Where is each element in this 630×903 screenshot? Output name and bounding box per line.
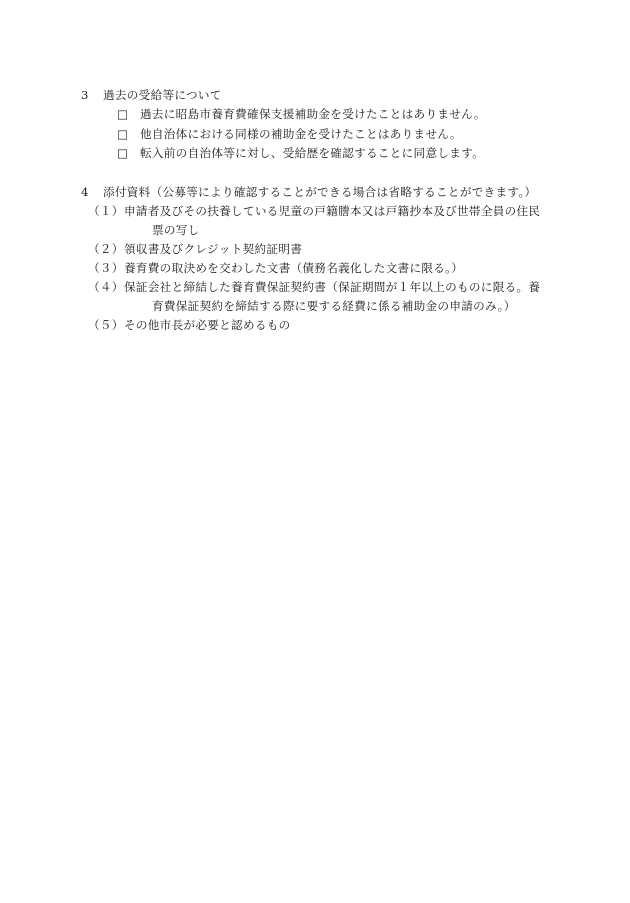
section-4-title: 添付資料（公募等により確認することができる場合は省略することができます。） bbox=[103, 185, 536, 199]
attachment-4-text: 保証会社と締結した養育費保証契約書（保証期間が１年以上のものに限る。養 bbox=[124, 280, 540, 294]
checkbox-consent-history-check[interactable]: □ bbox=[117, 146, 128, 160]
attachment-2-number: （２） bbox=[88, 242, 124, 256]
checkbox-label-no-past-subsidy: 過去に昭島市養育費確保支援補助金を受けたことはありません。 bbox=[140, 107, 486, 121]
attachment-4-number: （４） bbox=[88, 280, 124, 294]
attachment-1-text: 申請者及びその扶養している児童の戸籍謄本又は戸籍抄本及び世帯全員の住民 bbox=[124, 204, 540, 218]
checkbox-no-other-municipality[interactable]: □ bbox=[117, 127, 128, 141]
section-3-number: 3 bbox=[81, 88, 89, 102]
attachment-5-number: （５） bbox=[88, 318, 124, 332]
attachment-3-number: （３） bbox=[88, 261, 124, 275]
checkbox-label-consent-history-check: 転入前の自治体等に対し、受給歴を確認することに同意します。 bbox=[140, 146, 484, 160]
attachment-1-number: （１） bbox=[88, 204, 124, 218]
attachment-3-text: 養育費の取決めを交わした文書（債務名義化した文書に限る。） bbox=[124, 261, 463, 275]
attachment-1-text-cont: 票の写し bbox=[152, 223, 200, 237]
section-4-number: 4 bbox=[81, 185, 89, 199]
attachment-4-text-cont: 育費保証契約を締結する際に要する経費に係る補助金の申請のみ。） bbox=[152, 299, 516, 313]
section-3-title: 過去の受給等について bbox=[103, 88, 222, 102]
attachment-5-text: その他市長が必要と認めるもの bbox=[124, 318, 291, 332]
checkbox-no-past-subsidy[interactable]: □ bbox=[117, 107, 128, 121]
checkbox-label-no-other-municipality: 他自治体における同様の補助金を受けたことはありません。 bbox=[140, 127, 462, 141]
attachment-2-text: 領収書及びクレジット契約証明書 bbox=[124, 242, 302, 256]
